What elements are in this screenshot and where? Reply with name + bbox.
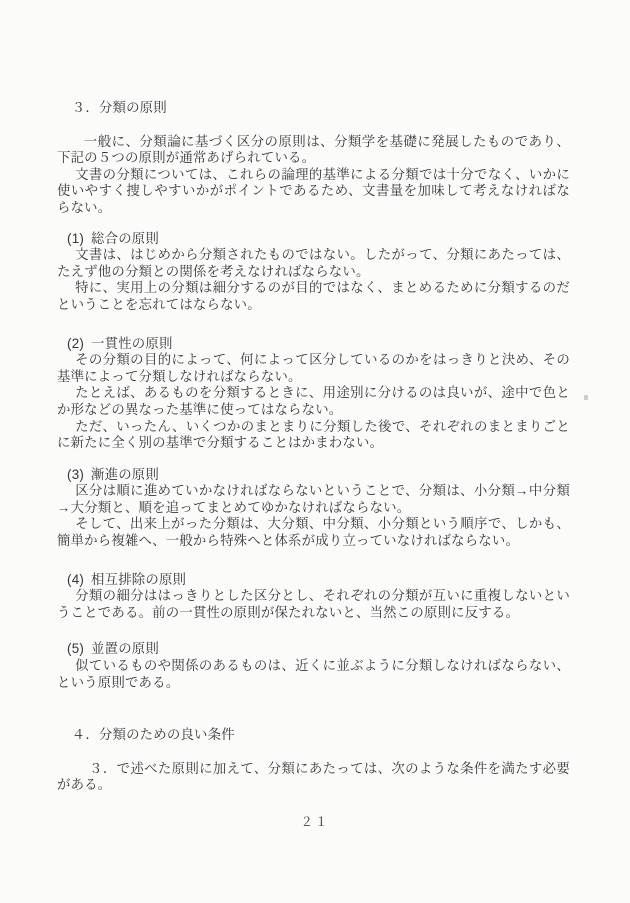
principle-heading: (1)総合の原則	[67, 231, 570, 248]
principle-paragraph: その分類の目的によって、何によって区分しているのかをはっきりと決め、その基準によ…	[57, 352, 570, 385]
principle-name: 総合の原則	[91, 231, 159, 246]
principle-number: (5)	[67, 641, 84, 656]
principle-name: 並置の原則	[91, 641, 159, 656]
principle-paragraph: 文書は、はじめから分類されたものではない。したがって、分類にあたっては、たえず他…	[57, 247, 570, 280]
principle-section-5: (5)並置の原則似ているものや関係のあるものは、近くに並ぶように分類しなければな…	[57, 641, 570, 691]
section-3-title: ３．分類の原則	[57, 100, 570, 117]
principle-number: (4)	[67, 572, 84, 587]
principle-number: (2)	[67, 336, 84, 351]
principle-paragraph: 似ているものや関係のあるものは、近くに並ぶように分類しなければならない、という原…	[57, 658, 570, 691]
principle-section-4: (4)相互排除の原則分類の細分ははっきりとした区分とし、それぞれの分類が互いに重…	[57, 572, 570, 622]
principle-name: 漸進の原則	[91, 467, 159, 482]
principle-number: (1)	[67, 231, 84, 246]
principle-paragraph: そして、出来上がった分類は、大分類、中分類、小分類という順序で、しかも、簡単から…	[57, 516, 570, 549]
principle-section-2: (2)一貫性の原則その分類の目的によって、何によって区分しているのかをはっきりと…	[57, 336, 570, 452]
page-number: ２１	[0, 814, 630, 831]
principle-section-3: (3)漸進の原則区分は順に進めていかなければならないということで、分類は、小分類…	[57, 467, 570, 550]
section-3-intro-paragraph-1: 一般に、分類論に基づく区分の原則は、分類学を基礎に発展したものであり、下記の５つ…	[57, 134, 570, 167]
principle-heading: (2)一貫性の原則	[67, 336, 570, 353]
scan-artifact-dot	[584, 395, 588, 400]
principle-paragraph: 区分は順に進めていかなければならないということで、分類は、小分類→中分類→大分類…	[57, 483, 570, 516]
principle-paragraph: ただ、いったん、いくつかのまとまりに分類した後で、それぞれのまとまりごとに新たに…	[57, 419, 570, 452]
principle-number: (3)	[67, 467, 84, 482]
scanned-document-page: ３．分類の原則 一般に、分類論に基づく区分の原則は、分類学を基礎に発展したもので…	[0, 0, 630, 903]
principle-paragraph: たとえば、あるものを分類するときに、用途別に分けるのは良いが、途中で色とか形など…	[57, 385, 570, 418]
principle-name: 一貫性の原則	[91, 336, 173, 351]
principles-list: (1)総合の原則文書は、はじめから分類されたものではない。したがって、分類にあた…	[57, 231, 570, 692]
principle-heading: (3)漸進の原則	[67, 467, 570, 484]
principle-section-1: (1)総合の原則文書は、はじめから分類されたものではない。したがって、分類にあた…	[57, 231, 570, 314]
principle-heading: (5)並置の原則	[67, 641, 570, 658]
principle-paragraph: 分類の細分ははっきりとした区分とし、それぞれの分類が互いに重複しないということで…	[57, 588, 570, 621]
principle-paragraph: 特に、実用上の分類は細分するのが目的ではなく、まとめるために分類するのだというこ…	[57, 280, 570, 313]
principle-heading: (4)相互排除の原則	[67, 572, 570, 589]
principle-name: 相互排除の原則	[91, 572, 186, 587]
section-4-title: ４．分類のための良い条件	[57, 727, 570, 744]
section-3-intro-paragraph-2: 文書の分類については、これらの論理的基準による分類では十分でなく、いかに使いやす…	[57, 167, 570, 217]
document-body: ３．分類の原則 一般に、分類論に基づく区分の原則は、分類学を基礎に発展したもので…	[57, 100, 570, 794]
section-4-paragraph: ３．で述べた原則に加えて、分類にあたっては、次のような条件を満たす必要がある。	[57, 761, 570, 794]
